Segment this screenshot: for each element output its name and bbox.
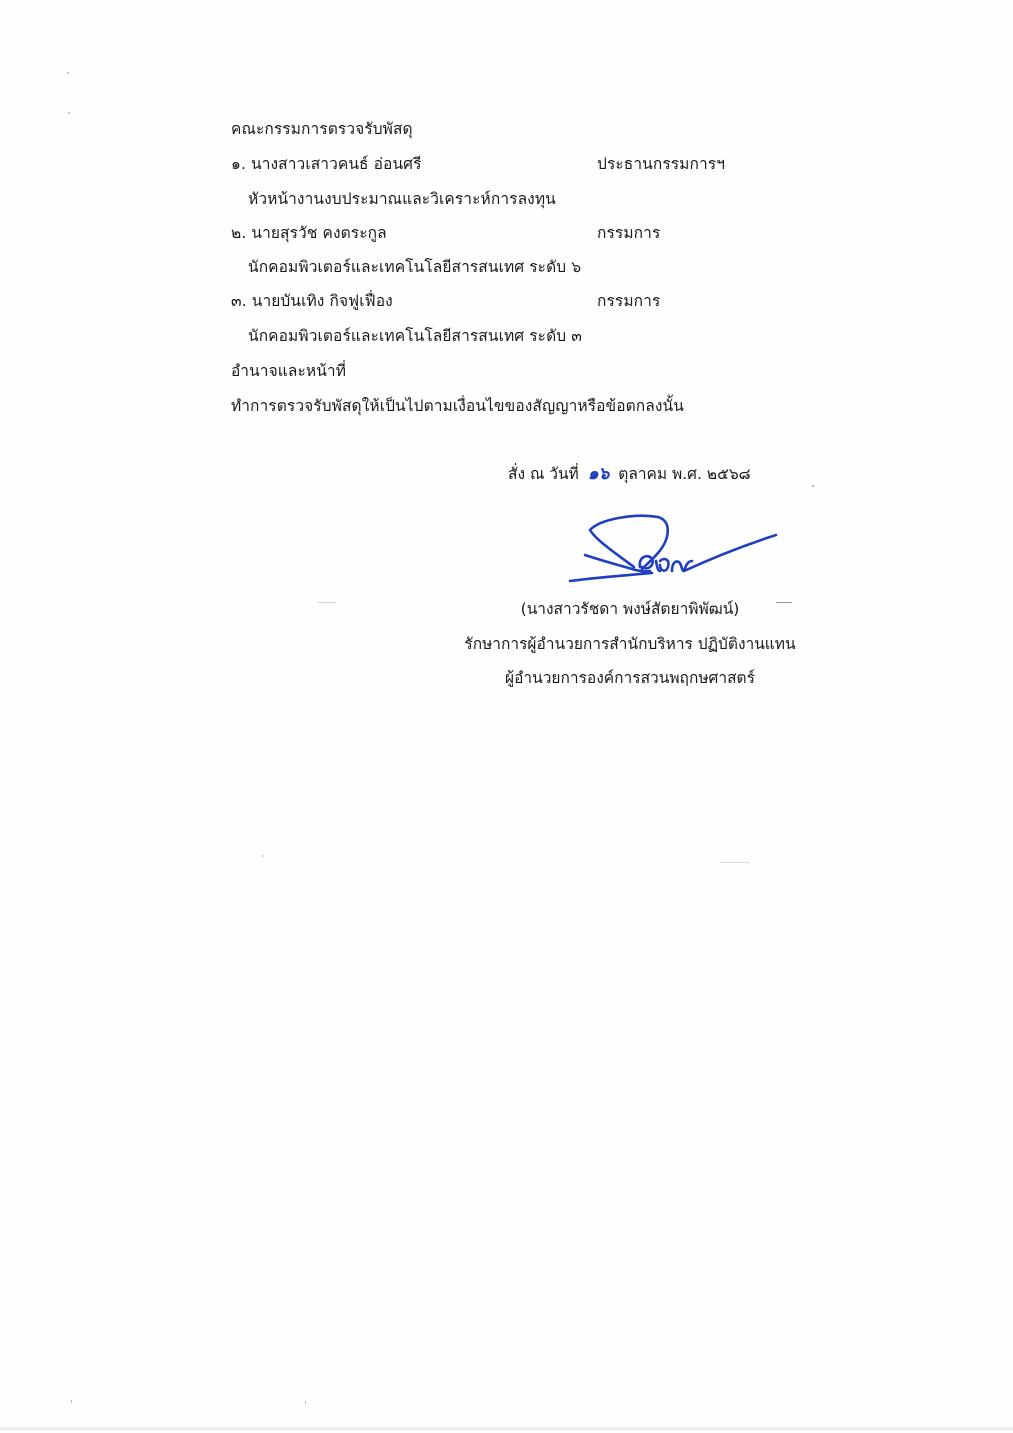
- order-date: สั่ง ณ วันที่ ๑๖ ตุลาคม พ.ศ. ๒๕๖๘: [508, 463, 751, 485]
- member-1-name: ๑. นางสาวเสาวคนธ์ อ่อนศรี: [231, 153, 422, 175]
- document-page: คณะกรรมการตรวจรับพัสดุ ๑. นางสาวเสาวคนธ์…: [0, 0, 1013, 1433]
- signatory-title-line-1: รักษาการผู้อำนวยการสำนักบริหาร ปฏิบัติงา…: [440, 633, 820, 655]
- scan-speck: [305, 1401, 306, 1404]
- order-date-day-handwritten: ๑๖: [584, 464, 614, 484]
- signatory-title-line-2: ผู้อำนวยการองค์การสวนพฤกษศาสตร์: [440, 667, 820, 689]
- scan-speck: [720, 862, 750, 863]
- order-date-month-year: ตุลาคม พ.ศ. ๒๕๖๘: [618, 465, 750, 483]
- scan-bottom-edge: [0, 1427, 1013, 1430]
- scan-speck: [71, 1400, 72, 1403]
- scan-speck: [776, 602, 792, 603]
- scan-speck: [812, 485, 814, 487]
- order-date-prefix: สั่ง ณ วันที่: [508, 465, 579, 483]
- signatory-name: (นางสาวรัชดา พงษ์สัตยาพิพัฒน์): [440, 598, 820, 620]
- scan-speck: [262, 855, 264, 857]
- member-2-name: ๒. นายสุรวัช คงตระกูล: [231, 222, 387, 244]
- duties-text: ทำการตรวจรับพัสดุให้เป็นไปตามเงื่อนไขของ…: [231, 395, 684, 417]
- member-2-role: กรรมการ: [597, 222, 660, 244]
- member-2-position: นักคอมพิวเตอร์และเทคโนโลยีสารสนเทศ ระดับ…: [248, 256, 581, 278]
- member-1-role: ประธานกรรมการฯ: [597, 153, 725, 175]
- member-1-position: หัวหน้างานงบประมาณและวิเคราะห์การลงทุน: [248, 188, 556, 210]
- signature-icon: [560, 505, 790, 595]
- duties-heading: อำนาจและหน้าที่: [231, 360, 346, 382]
- committee-heading: คณะกรรมการตรวจรับพัสดุ: [231, 118, 413, 140]
- member-3-role: กรรมการ: [597, 290, 660, 312]
- scan-speck: [68, 112, 70, 114]
- scan-speck: [67, 72, 69, 74]
- member-3-position: นักคอมพิวเตอร์และเทคโนโลยีสารสนเทศ ระดับ…: [248, 325, 582, 347]
- scan-speck: [318, 602, 336, 603]
- member-3-name: ๓. นายบันเทิง กิจฟูเฟื่อง: [231, 290, 393, 312]
